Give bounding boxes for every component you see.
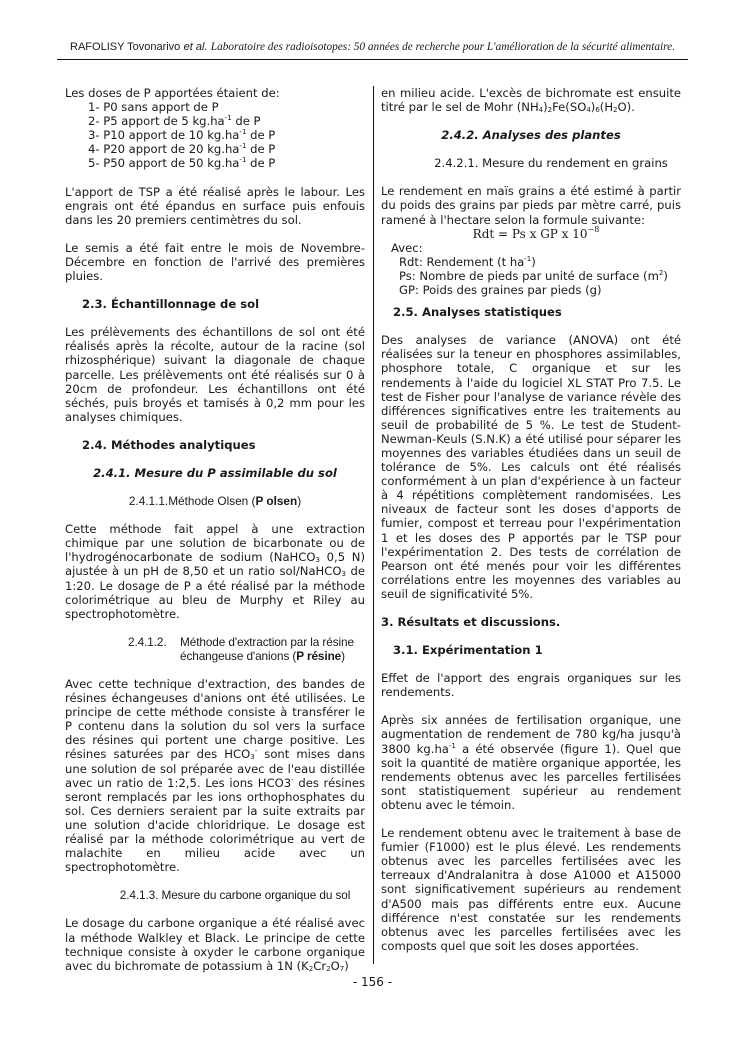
paragraph-rendement: Le rendement en maïs grains a été estimé…: [381, 184, 681, 226]
left-column: Les doses de P apportées étaient de: 1- …: [65, 86, 365, 973]
dose-item: 2- P5 apport de 5 kg.ha-1 de P: [65, 114, 365, 128]
yield-formula: Rdt = Ps x GP x 10−8: [381, 227, 681, 241]
paragraph-olsen: Cette méthode fait appel à une extractio…: [65, 522, 365, 621]
header-author: RAFOLISY Tovonarivo: [70, 41, 180, 53]
paragraph-mohr: en milieu acide. L'excès de bichromate e…: [381, 86, 681, 114]
doses-intro: Les doses de P apportées étaient de:: [65, 86, 365, 100]
page-number: - 156 -: [0, 975, 745, 989]
subsection-heading-2-4-1: 2.4.1. Mesure du P assimilable du sol: [65, 466, 365, 480]
section-heading-3: 3. Résultats et discussions.: [381, 615, 681, 629]
paragraph-statistiques: Des analyses de variance (ANOVA) ont été…: [381, 333, 681, 601]
dose-item: 4- P20 apport de 20 kg.ha-1 de P: [65, 142, 365, 156]
running-header: RAFOLISY Tovonarivo et al. Laboratoire d…: [57, 40, 688, 54]
section-heading-3-1: 3.1. Expérimentation 1: [381, 643, 681, 657]
subsubsection-heading-2-4-1-1: 2.4.1.1.Méthode Olsen (P olsen): [65, 494, 365, 508]
section-heading-2-5: 2.5. Analyses statistiques: [381, 305, 681, 319]
paragraph-apres: Après six années de fertilisation organi…: [381, 713, 681, 812]
paragraph-resine: Avec cette technique d'extraction, des b…: [65, 677, 365, 874]
header-rule: [57, 59, 688, 60]
header-etal: et al.: [184, 41, 208, 53]
paragraph-carbone: Le dosage du carbone organique a été réa…: [65, 916, 365, 972]
definition-ps: Ps: Nombre de pieds par unité de surface…: [381, 269, 681, 283]
paragraph-semis: Le semis a été fait entre le mois de Nov…: [65, 241, 365, 283]
subsubsection-heading-2-4-1-2: 2.4.1.2.Méthode d'extraction par la rési…: [65, 635, 365, 663]
definition-rdt: Rdt: Rendement (t ha-1): [381, 255, 681, 269]
header-journal-title: Laboratoire des radioisotopes: 50 années…: [211, 41, 675, 53]
dose-item: 1- P0 sans apport de P: [65, 100, 365, 114]
section-heading-2-4: 2.4. Méthodes analytiques: [65, 438, 365, 452]
definition-gp: GP: Poids des graines par pieds (g): [381, 283, 681, 297]
dose-item: 3- P10 apport de 10 kg.ha-1 de P: [65, 128, 365, 142]
formula-definitions: Avec: Rdt: Rendement (t ha-1) Ps: Nombre…: [381, 241, 681, 297]
paragraph-prelevements: Les prélèvements des échantillons de sol…: [65, 325, 365, 424]
subsection-heading-2-4-2: 2.4.2. Analyses des plantes: [381, 128, 681, 142]
dose-item: 5- P50 apport de 50 kg.ha-1 de P: [65, 156, 365, 170]
column-separator: [373, 86, 374, 964]
section-heading-2-3: 2.3. Échantillonnage de sol: [65, 297, 365, 311]
right-column: en milieu acide. L'excès de bichromate e…: [381, 86, 681, 953]
doses-list: 1- P0 sans apport de P 2- P5 apport de 5…: [65, 100, 365, 170]
subsubsection-heading-2-4-2-1: 2.4.2.1. Mesure du rendement en grains: [381, 156, 681, 170]
paragraph-effet: Effet de l'apport des engrais organiques…: [381, 671, 681, 699]
paragraph-tsp: L'apport de TSP a été réalisé après le l…: [65, 185, 365, 227]
paragraph-fumier: Le rendement obtenu avec le traitement à…: [381, 826, 681, 953]
subsubsection-heading-2-4-1-3: 2.4.1.3. Mesure du carbone organique du …: [65, 888, 365, 902]
